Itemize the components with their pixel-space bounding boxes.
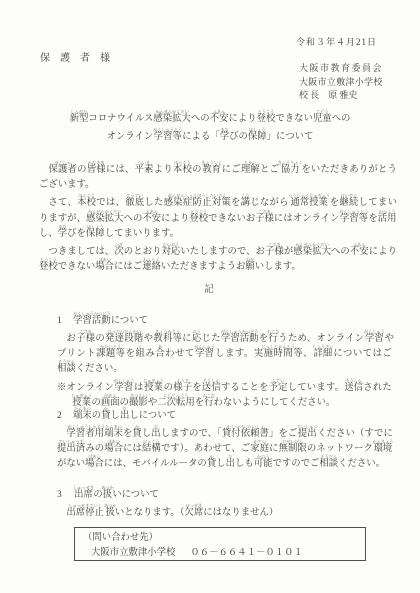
body-paragraphs: 保護者ほごしゃの皆様みなさまには、平素へいそより本校ほんこうの教育きょういくにご…	[39, 160, 397, 275]
record-marker: 記	[0, 281, 420, 295]
section-heading: 3出席しゅっせきの扱あつかいについて	[57, 485, 394, 503]
sender-block: 大阪市教育委員会 大阪市立敷津小学校 校 長 原 雅史	[299, 62, 383, 103]
section-device-lending: 2端末たんまつの貸かし出だしについて 学習者用端末がくしゅうしゃようたんまつを貸…	[57, 406, 394, 473]
paragraph-policy: さて、本校ほんこうでは、徹底てっていした感染症防止対策かんせんしょうぼうしたいさ…	[39, 193, 397, 242]
section-attendance: 3出席しゅっせきの扱あつかいについて 出席停止しゅっせきていし扱あつかいとなりま…	[57, 485, 394, 521]
contact-phone: ０６－６６４１－０１０１	[190, 548, 303, 558]
title-line-2: オンライン学習等がくしゅうとうによる「学まなびの保障ほしょう」について	[0, 127, 420, 145]
letter-page: 令和３年４月21日 保 護 者 様 大阪市教育委員会 大阪市立敷津小学校 校 長…	[0, 0, 420, 593]
contact-line: 大阪市立敷津小学校０６－６６４１－０１０１	[91, 546, 365, 560]
paragraph-request: つきましては、次つぎのとおり対応たいおういたしますので、お子様こさまが感染拡大か…	[39, 242, 397, 275]
contact-label: （問い合わせ先）	[83, 532, 365, 545]
recipient: 保 護 者 様	[40, 49, 110, 64]
section-heading: 1学習活動がくしゅうかつどうについて	[57, 311, 394, 329]
section-number: 3	[57, 487, 73, 503]
sender-school: 大阪市立敷津小学校	[299, 76, 383, 90]
sender-organization: 大阪市教育委員会	[299, 62, 383, 76]
section-paragraph: お子様こさまの発達段階はったつだんかいや教科等きょうかとうに応おうじた学習活動が…	[57, 329, 394, 378]
date: 令和３年４月21日	[296, 35, 377, 48]
contact-school: 大阪市立敷津小学校	[91, 548, 175, 558]
paragraph-greeting: 保護者ほごしゃの皆様みなさまには、平素へいそより本校ほんこうの教育きょういくにご…	[39, 160, 397, 193]
sender-principal: 校 長 原 雅史	[299, 89, 383, 103]
section-heading: 2端末たんまつの貸かし出だしについて	[57, 406, 394, 424]
section-learning-activities: 1学習活動がくしゅうかつどうについて お子様こさまの発達段階はったつだんかいや教…	[57, 311, 394, 411]
section-heading-text: 端末たんまつの貸かし出だしについて	[73, 411, 176, 421]
section-paragraph: 出席停止しゅっせきていし扱あつかいとなります。（欠席けっせきにはなりません）	[57, 503, 394, 521]
title-line-1: 新型しんがたコロナウイルス感染拡大かんせんかくだいへの不安ふあんにより登校とうこ…	[0, 109, 420, 127]
contact-box: （問い合わせ先） 大阪市立敷津小学校０６－６６４１－０１０１	[74, 527, 366, 561]
section-number: 2	[57, 408, 73, 424]
document-title: 新型しんがたコロナウイルス感染拡大かんせんかくだいへの不安ふあんにより登校とうこ…	[0, 109, 420, 144]
section-heading-text: 出席しゅっせきの扱あつかいについて	[73, 490, 159, 500]
section-number: 1	[57, 313, 73, 329]
section-heading-text: 学習活動がくしゅうかつどうについて	[73, 316, 148, 326]
section-paragraph: 学習者用端末がくしゅうしゃようたんまつを貸かし出だしますので、「貸付依頼書かしつ…	[57, 424, 394, 473]
